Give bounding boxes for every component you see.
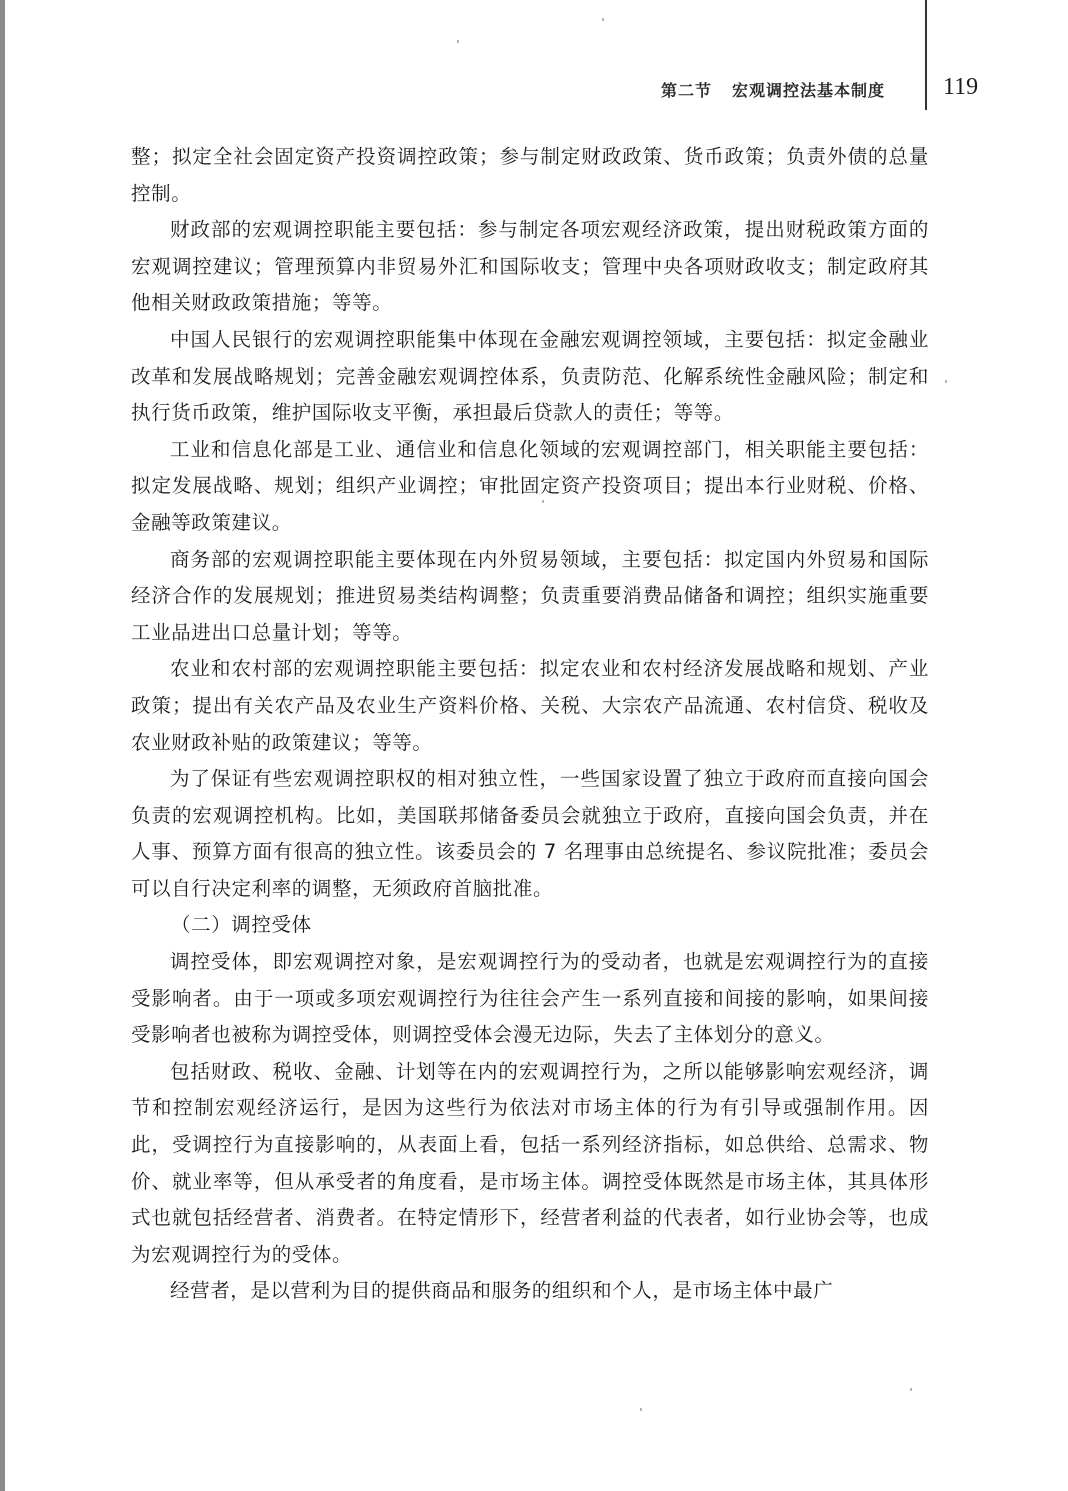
page-number: 119 xyxy=(943,74,978,101)
paragraph-independent-agencies: 为了保证有些宏观调控职权的相对独立性，一些国家设置了独立于政府而直接向国会负责的… xyxy=(131,761,929,907)
paragraph-continuation: 整；拟定全社会固定资产投资调控政策；参与制定财政政策、货币政策；负责外债的总量控… xyxy=(131,139,929,212)
page-body: 整；拟定全社会固定资产投资调控政策；参与制定财政政策、货币政策；负责外债的总量控… xyxy=(131,139,929,1310)
scan-speck xyxy=(910,1388,912,1391)
page-edge-shadow xyxy=(0,0,5,1491)
chapter-label: 第二节 xyxy=(661,81,712,100)
section-subheading: （二）调控受体 xyxy=(131,907,929,944)
paragraph-central-bank: 中国人民银行的宏观调控职能集中体现在金融宏观调控领域，主要包括：拟定金融业改革和… xyxy=(131,322,929,432)
paragraph-miit: 工业和信息化部是工业、通信业和信息化领域的宏观调控部门，相关职能主要包括：拟定发… xyxy=(131,432,929,542)
running-header: 第二节宏观调控法基本制度 119 xyxy=(0,74,1068,114)
scan-speck xyxy=(602,18,604,21)
header-divider xyxy=(925,0,927,110)
scan-speck xyxy=(640,1408,642,1411)
scan-speck xyxy=(945,380,947,383)
paragraph-market-subjects: 包括财政、税收、金融、计划等在内的宏观调控行为，之所以能够影响宏观经济，调节和控… xyxy=(131,1054,929,1274)
paragraph-agriculture-ministry: 农业和农村部的宏观调控职能主要包括：拟定农业和农村经济发展战略和规划、产业政策；… xyxy=(131,651,929,761)
scan-speck xyxy=(542,500,544,503)
running-header-title: 第二节宏观调控法基本制度 xyxy=(661,78,885,101)
paragraph-finance-ministry: 财政部的宏观调控职能主要包括：参与制定各项宏观经济政策，提出财税政策方面的宏观调… xyxy=(131,212,929,322)
section-title: 宏观调控法基本制度 xyxy=(732,81,885,100)
paragraph-commerce-ministry: 商务部的宏观调控职能主要体现在内外贸易领域，主要包括：拟定国内外贸易和国际经济合… xyxy=(131,542,929,652)
paragraph-regulated-subject-definition: 调控受体，即宏观调控对象，是宏观调控行为的受动者，也就是宏观调控行为的直接受影响… xyxy=(131,944,929,1054)
scan-speck xyxy=(457,40,459,43)
paragraph-operators: 经营者，是以营利为目的提供商品和服务的组织和个人，是市场主体中最广 xyxy=(131,1273,929,1310)
